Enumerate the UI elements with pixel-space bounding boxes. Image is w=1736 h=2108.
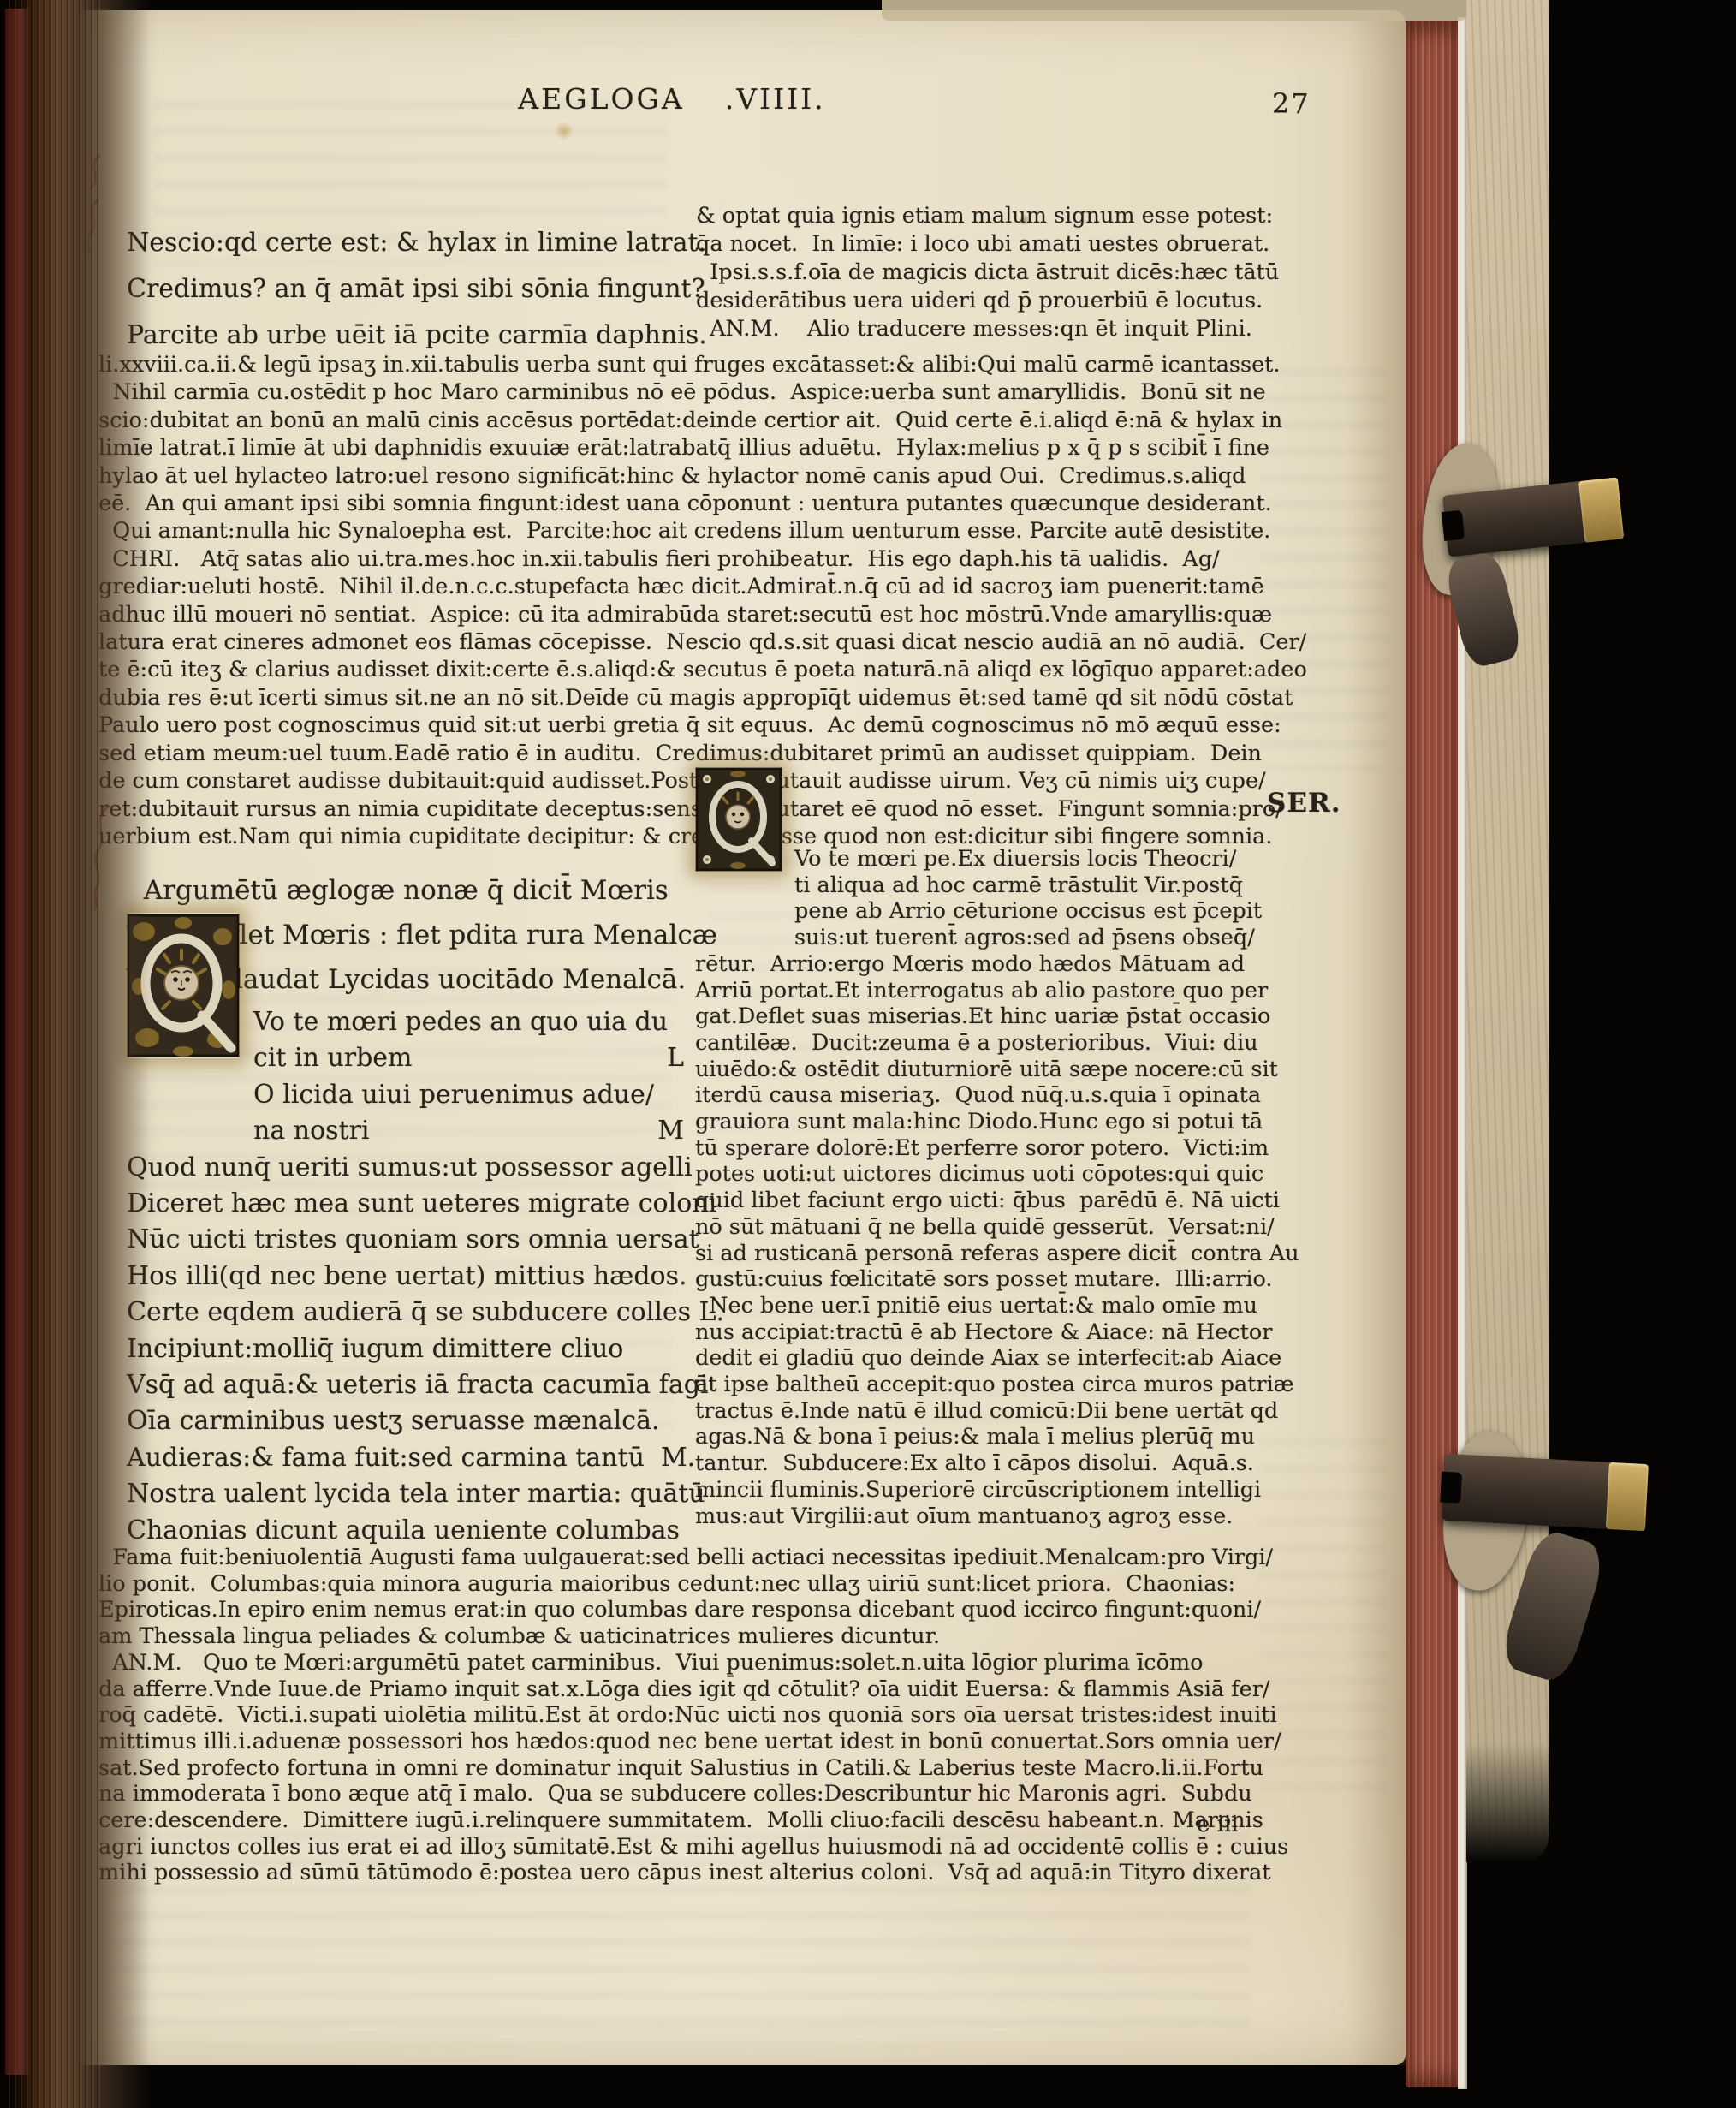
commentary-line: uiuēdo:& ostēdit diuturniorē uitā sæpe n…	[695, 1057, 1257, 1083]
commentary-line: limīe latrat.ī limīe āt ubi daphnidis ex…	[98, 434, 1263, 461]
commentary-line: grediar:ueluti hostē. Nihil il.de.n.c.c.…	[98, 573, 1263, 600]
commentary-block-upper: li.xxviii.ca.ii.& legū ipsaʒ in.xii.tabu…	[98, 274, 1263, 850]
commentary-line: CHRI. Atq̄ satas alio ui.tra.mes.hoc in.…	[98, 545, 1263, 573]
commentary-line: scio:dubitat an bonū an malū cinis accēs…	[98, 407, 1263, 434]
clasp-brass-tip	[1606, 1462, 1649, 1531]
clasp-bottom	[1442, 1454, 1649, 1531]
quire-signature: e iii	[1197, 1812, 1239, 1837]
commentary-line: ti aliqua ad hoc carmē trāstulit Vir.pos…	[695, 872, 1257, 899]
commentary-block-lower: Fama fuit:beniuolentiā Augusti fama uulg…	[98, 1468, 1263, 1886]
commentary-line: gustū:cuius fœlicitatē sors posset mutar…	[695, 1266, 1257, 1293]
commentary-line: q̄a nocet. In limīe: i loco ubi amati ue…	[696, 230, 1257, 259]
folio-number: 27	[1272, 87, 1311, 120]
commentary-line: te ē:cū iteʒ & clarius audisset dixit:ce…	[98, 656, 1263, 683]
commentary-line: eē. An qui amant ipsi sibi somnia fingun…	[98, 490, 1263, 517]
left-page-block-edge	[0, 0, 150, 2108]
commentary-line: tū sperare dolorē:Et perferre soror pote…	[695, 1135, 1257, 1162]
commentary-line: āt ipse baltheū accepit:quo postea circa…	[695, 1372, 1257, 1398]
verse-line: Quod nunq̄ ueriti sumus:ut possessor age…	[127, 1150, 687, 1186]
red-stained-edge-left	[5, 9, 31, 2075]
argumentum-line: Argumētū æglogæ nonæ q̄ dicit̄ Mœris	[127, 868, 692, 913]
verse-line: Incipiunt:molliq̄ iugum dimittere cliuo	[127, 1331, 687, 1367]
speaker-letter: L	[667, 1040, 684, 1076]
margin-note-ser: SER.	[1267, 788, 1341, 819]
commentary-line: da afferre.Vnde Iuue.de Priamo inquit sa…	[98, 1676, 1263, 1703]
commentary-line: adhuc illū moueri nō sentiat. Aspice: cū…	[98, 601, 1263, 628]
commentary-line: nus accipiat:tractū ē ab Hectore & Aiace…	[695, 1319, 1257, 1346]
commentary-line: si ad rusticanā personā referas aspere d…	[695, 1241, 1257, 1267]
commentary-line: nō sūt mātuani q̄ ne bella quidē gesserū…	[695, 1214, 1257, 1241]
clasp-notch	[1440, 1472, 1462, 1504]
verse-line: na nostriM	[127, 1113, 687, 1149]
verse-line: Vo te mœri pedes an quo uia du	[127, 1004, 687, 1040]
verse-line: Vsq̄ ad aquā:& ueteris iā fracta cacumīa…	[127, 1367, 687, 1403]
commentary-line: latura erat cineres admonet eos flāmas c…	[98, 628, 1263, 656]
commentary-line: hylao āt uel hylacteo latro:uel resono s…	[98, 462, 1263, 490]
commentary-line: agri iunctos colles ius erat ei ad illoʒ…	[98, 1834, 1263, 1861]
verse-line: Nescio:qd certe est: & hylax in limine l…	[127, 220, 692, 266]
commentary-line: suis:ut tuerent̄ agros:sed ad p̄sens obs…	[695, 925, 1257, 951]
verse-line: cit in urbemL	[127, 1040, 687, 1076]
commentary-line: cantilēæ. Ducit:zeuma ē a posterioribus.…	[695, 1030, 1257, 1057]
commentary-line: Qui amant:nulla hic Synaloepha est. Parc…	[98, 517, 1263, 545]
commentary-line: mihi possessio ad sūmū tātūmodo ē:postea…	[98, 1860, 1263, 1886]
commentary-line: grauiora sunt mala:hinc Diodo.Hunc ego s…	[695, 1109, 1257, 1135]
commentary-line: Vo te mœri pe.Ex diuersis locis Theocri/	[695, 846, 1257, 872]
clasp-notch	[1442, 510, 1465, 540]
commentary-line: & optat quia ignis etiam malum signum es…	[696, 202, 1257, 230]
verse-line: Diceret hæc mea sunt ueteres migrate col…	[127, 1186, 687, 1222]
eclogue-verse-block: Vo te mœri pedes an quo uia ducit in urb…	[127, 914, 687, 1549]
commentary-line: dubia res ē:ut īcerti simus sit.ne an nō…	[98, 684, 1263, 712]
verse-line: O licida uiui peruenimus adue/	[127, 1077, 687, 1113]
commentary-line: roq̄ cadētē. Victi.i.supati uiolētia mil…	[98, 1702, 1263, 1729]
commentary-line: dedit ei gladiū quo deinde Aiax se inter…	[695, 1345, 1257, 1372]
commentary-line: Paulo uero post cognoscimus quid sit:ut …	[98, 712, 1263, 739]
commentary-line: sed etiam meum:uel tuum.Eadē ratio ē in …	[98, 740, 1263, 767]
cover-top-edge	[882, 0, 1467, 21]
commentary-line: Epiroticas.In epiro enim nemus erat:in q…	[98, 1597, 1263, 1623]
commentary-line: Nihil carmīa cu.ostēdit p hoc Maro carmi…	[98, 378, 1263, 406]
commentary-line: agas.Nā & bona ī peius:& mala ī melius p…	[695, 1424, 1257, 1450]
commentary-line: pene ab Arrio cēturione occisus est p̄ce…	[695, 898, 1257, 925]
commentary-line: Nec bene uer.ī pnitiē eius uertat̄:& mal…	[695, 1293, 1257, 1319]
commentary-line: AN.M. Quo te Mœri:argumētū patet carmini…	[98, 1650, 1263, 1676]
commentary-line: li.xxviii.ca.ii.& legū ipsaʒ in.xii.tabu…	[98, 351, 1263, 378]
commentary-line: na immoderata ī bono æque atq̄ ī malo. Q…	[98, 1781, 1263, 1807]
verse-line: Oīa carminibus uestʒ seruasse mænalcā.	[127, 1403, 687, 1439]
commentary-line: am Thessala lingua peliades & columbæ & …	[98, 1623, 1263, 1650]
commentary-line: cere:descendere. Dimittere iugū.i.relinq…	[98, 1807, 1263, 1834]
commentary-line: Fama fuit:beniuolentiā Augusti fama uulg…	[98, 1545, 1263, 1571]
commentary-line: iterdū causa miseriaʒ. Quod nūq̄.u.s.qui…	[695, 1082, 1257, 1109]
verse-line: Hos illi(qd nec bene uertat) mittius hæd…	[127, 1259, 687, 1295]
servius-commentary-column: Vo te mœri pe.Ex diuersis locis Theocri/…	[695, 769, 1257, 1529]
commentary-line: mittimus illi.i.aduenæ possessori hos hæ…	[98, 1729, 1263, 1755]
commentary-line: sat.Sed profecto fortuna in omni re domi…	[98, 1755, 1263, 1782]
commentary-line: rētur. Arrio:ergo Mœris modo hædos Mātua…	[695, 951, 1257, 978]
clasp-brass-tip	[1578, 477, 1624, 542]
book-photo-scene: AEGLOGA .VIIII. 27 Nescio:qd certe est: …	[0, 0, 1736, 2108]
speaker-letter: M	[657, 1113, 684, 1149]
red-fore-edge	[1406, 21, 1459, 2087]
verse-line: Nūc uicti tristes quoniam sors omnia uer…	[127, 1222, 687, 1258]
commentary-line: potes uoti:ut uictores dicimus uoti cōpo…	[695, 1161, 1257, 1188]
verse-line: Certe eqdem audierā q̄ se subducere coll…	[127, 1295, 687, 1331]
commentary-line: tractus ē.Inde natū ē illud comicū:Dii b…	[695, 1398, 1257, 1425]
commentary-line: gat.Deflet suas miserias.Et hinc uariæ p…	[695, 1003, 1257, 1030]
page-header-title: AEGLOGA .VIIII.	[445, 82, 899, 116]
commentary-line: lio ponit. Columbas:quia minora auguria …	[98, 1571, 1263, 1598]
commentary-line: Arriū portat.Et interrogatus ab alio pas…	[695, 978, 1257, 1004]
commentary-line: quid libet faciunt ergo uicti: q̄bus par…	[695, 1188, 1257, 1214]
